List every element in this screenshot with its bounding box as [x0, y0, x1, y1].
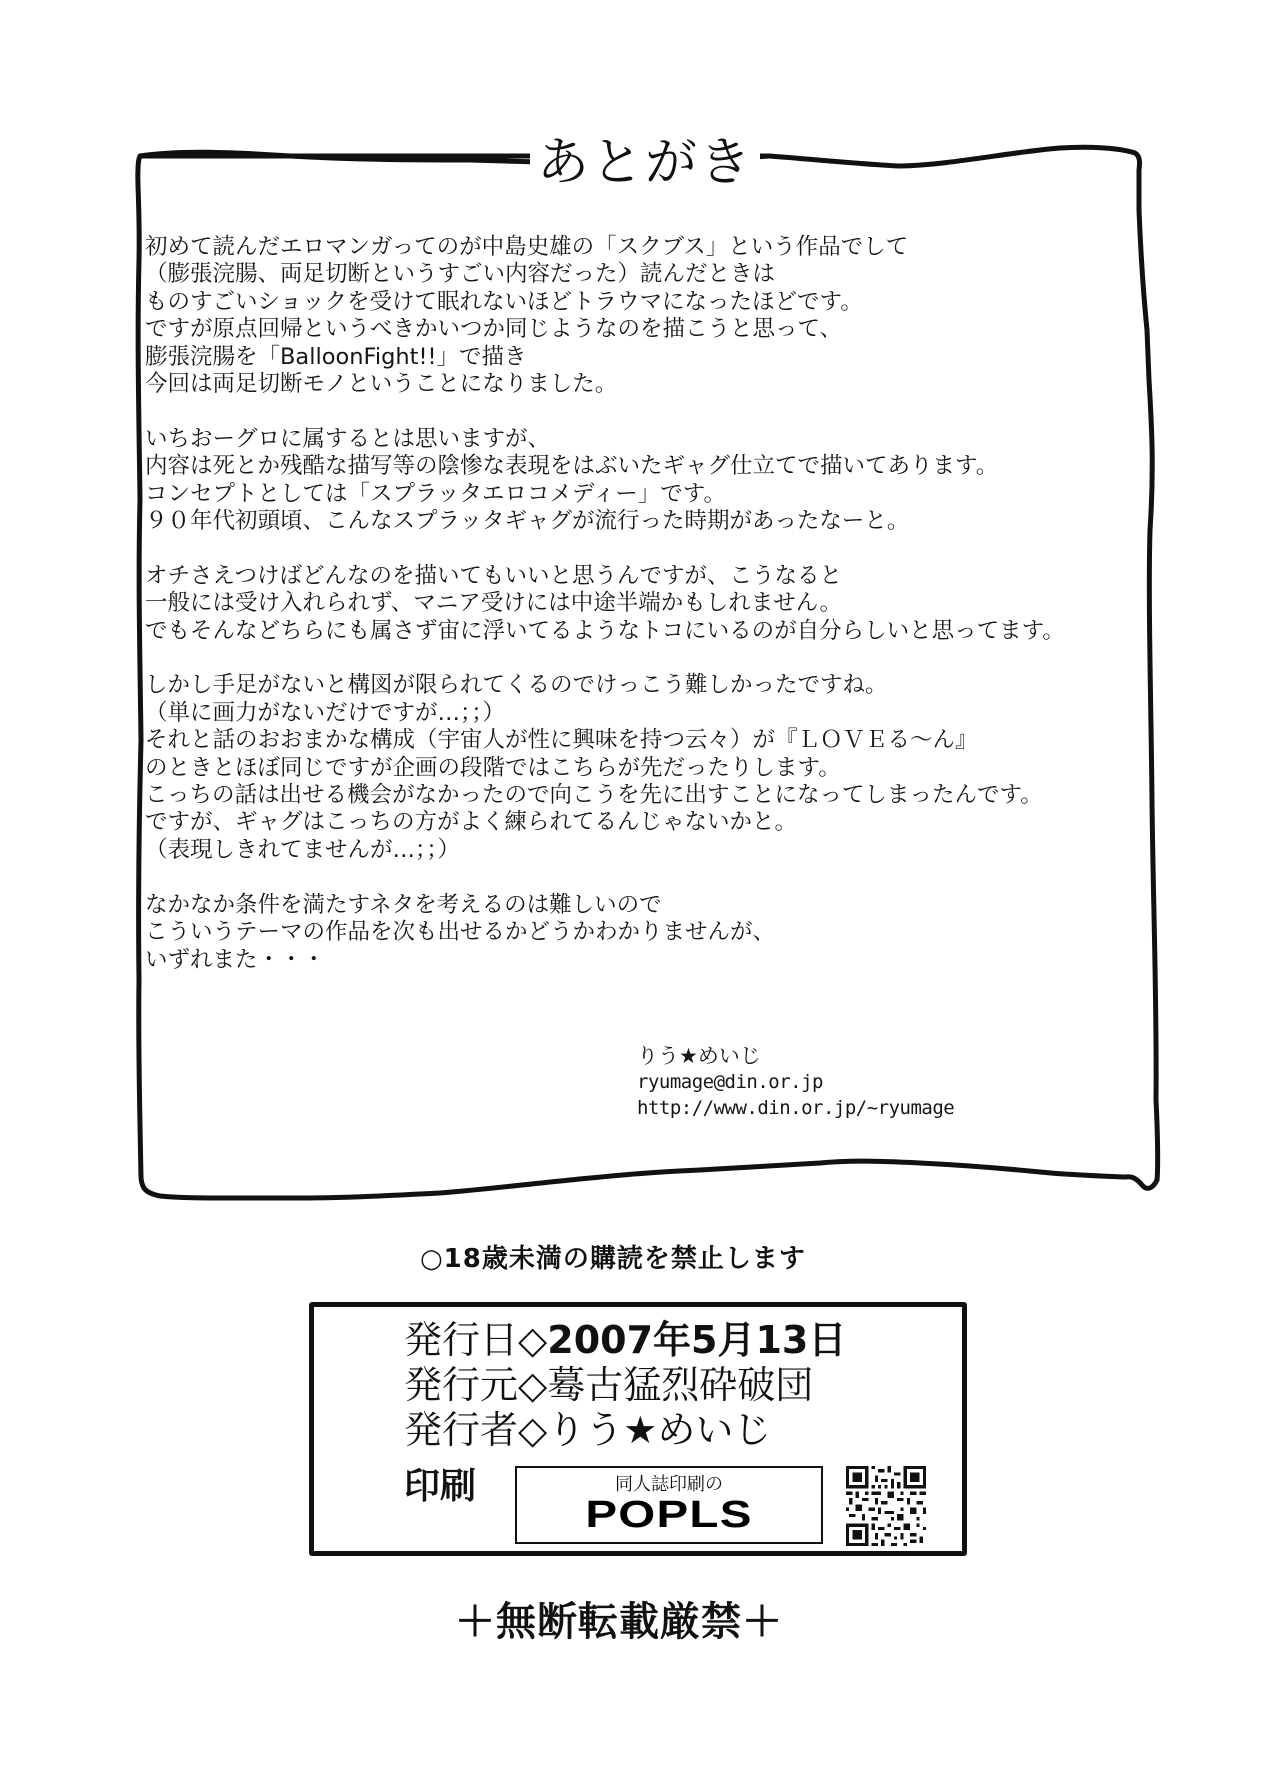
text-line: ですが原点回帰というべきかいつか同じようなのを描こうと思って、 — [145, 316, 1145, 343]
text-line: コンセプトとしては「スプラッタエロコメディー」です。 — [145, 481, 1145, 508]
issuer-name: りう★めいじ — [547, 1408, 771, 1452]
afterword-body: 初めて読んだエロマンガってのが中島史雄の「スクブス」という作品でして （膨張浣腸… — [145, 234, 1145, 1001]
text-line: ですが、ギャグはこっちの方がよく練られてるんじゃないかと。 — [145, 809, 1145, 836]
row-label: 発行者 — [404, 1408, 518, 1452]
printer-label: 印刷 — [404, 1458, 476, 1509]
publication-date: 2007年5月13日 — [547, 1318, 846, 1362]
qr-code-icon — [846, 1466, 926, 1546]
text-line: しかし手足がないと構図が限られてくるのでけっこう難しかったですね。 — [145, 672, 1145, 699]
diamond-icon: ◇ — [518, 1408, 547, 1452]
printer-logo: POPLS — [479, 1496, 859, 1534]
afterword-title: あとがき — [537, 137, 753, 189]
text-line: こういうテーマの作品を次も出せるかどうかわかりませんが、 — [145, 919, 1145, 946]
text-line: 膨張浣腸を「BalloonFight!!」で描き — [145, 344, 1145, 371]
diamond-icon: ◇ — [518, 1363, 547, 1407]
colophon-row-issuer: 発行者◇りう★めいじ — [404, 1408, 846, 1453]
text-line: 一般には受け入れられず、マニア受けには中途半端かもしれません。 — [145, 590, 1145, 617]
diamond-icon: ◇ — [518, 1318, 547, 1362]
publisher-name: 蓦古猛烈砕破団 — [547, 1363, 813, 1407]
text-line: 今回は両足切断モノということになりました。 — [145, 371, 1145, 398]
paragraph-5: なかなか条件を満たすネタを考えるのは難しいので こういうテーマの作品を次も出せる… — [145, 892, 1145, 974]
author-email: ryumage@din.or.jp — [637, 1069, 954, 1095]
colophon-row-publisher: 発行元◇蓦古猛烈砕破団 — [404, 1363, 846, 1408]
text-line: ものすごいショックを受けて眠れないほどトラウマになったほどです。 — [145, 289, 1145, 316]
text-line: それと話のおおまかな構成（宇宙人が性に興味を持つ云々）が『ＬＯＶＥる～ん』 — [145, 727, 1145, 754]
paragraph-4: しかし手足がないと構図が限られてくるのでけっこう難しかったですね。 （単に画力が… — [145, 672, 1145, 864]
text-line: なかなか条件を満たすネタを考えるのは難しいので — [145, 892, 1145, 919]
row-label: 発行元 — [404, 1363, 518, 1407]
text-line: のときとほぼ同じですが企画の段階ではこちらが先だったりします。 — [145, 755, 1145, 782]
colophon-row-date: 発行日◇2007年5月13日 — [404, 1318, 846, 1363]
paragraph-3: オチさえつけばどんなのを描いてもいいと思うんですが、こうなると 一般には受け入れ… — [145, 563, 1145, 645]
text-line: でもそんなどちらにも属さず宙に浮いてるようなトコにいるのが自分らしいと思ってます… — [145, 618, 1145, 645]
paragraph-2: いちおーグロに属するとは思いますが、 内容は死とか残酷な描写等の陰惨な表現をはぶ… — [145, 426, 1145, 536]
printer-subtitle: 同人誌印刷の — [517, 1474, 821, 1496]
text-line: （膨張浣腸、両足切断というすごい内容だった）読んだときは — [145, 261, 1145, 288]
text-line: オチさえつけばどんなのを描いてもいいと思うんですが、こうなると — [145, 563, 1145, 590]
no-reprint-notice: ＋無断転載厳禁＋ — [455, 1590, 783, 1647]
age-restriction-notice: ○18歳未満の購読を禁止します — [420, 1238, 806, 1275]
text-line: （単に画力がないだけですが…；；） — [145, 700, 1145, 727]
afterword-title-wrap: あとがき — [530, 128, 760, 198]
text-line: こっちの話は出せる機会がなかったので向こうを先に出すことになってしまったんです。 — [145, 782, 1145, 809]
text-line: いちおーグロに属するとは思いますが、 — [145, 426, 1145, 453]
author-name: りう★めいじ — [637, 1043, 954, 1069]
colophon-rows: 発行日◇2007年5月13日 発行元◇蓦古猛烈砕破団 発行者◇りう★めいじ — [404, 1318, 846, 1453]
text-line: ９０年代初頭頃、こんなスプラッタギャグが流行った時期があったなーと。 — [145, 508, 1145, 535]
author-url: http://www.din.or.jp/~ryumage — [637, 1095, 954, 1121]
text-line: 初めて読んだエロマンガってのが中島史雄の「スクブス」という作品でして — [145, 234, 1145, 261]
text-line: 内容は死とか残酷な描写等の陰惨な表現をはぶいたギャグ仕立てで描いてあります。 — [145, 453, 1145, 480]
paragraph-1: 初めて読んだエロマンガってのが中島史雄の「スクブス」という作品でして （膨張浣腸… — [145, 234, 1145, 398]
author-signature: りう★めいじ ryumage@din.or.jp http://www.din.… — [637, 1043, 954, 1121]
printer-logo-box: 同人誌印刷の POPLS — [515, 1466, 823, 1544]
text-line: （表現しきれてませんが…；；） — [145, 837, 1145, 864]
row-label: 発行日 — [404, 1318, 518, 1362]
text-line: いずれまた・・・ — [145, 947, 1145, 974]
